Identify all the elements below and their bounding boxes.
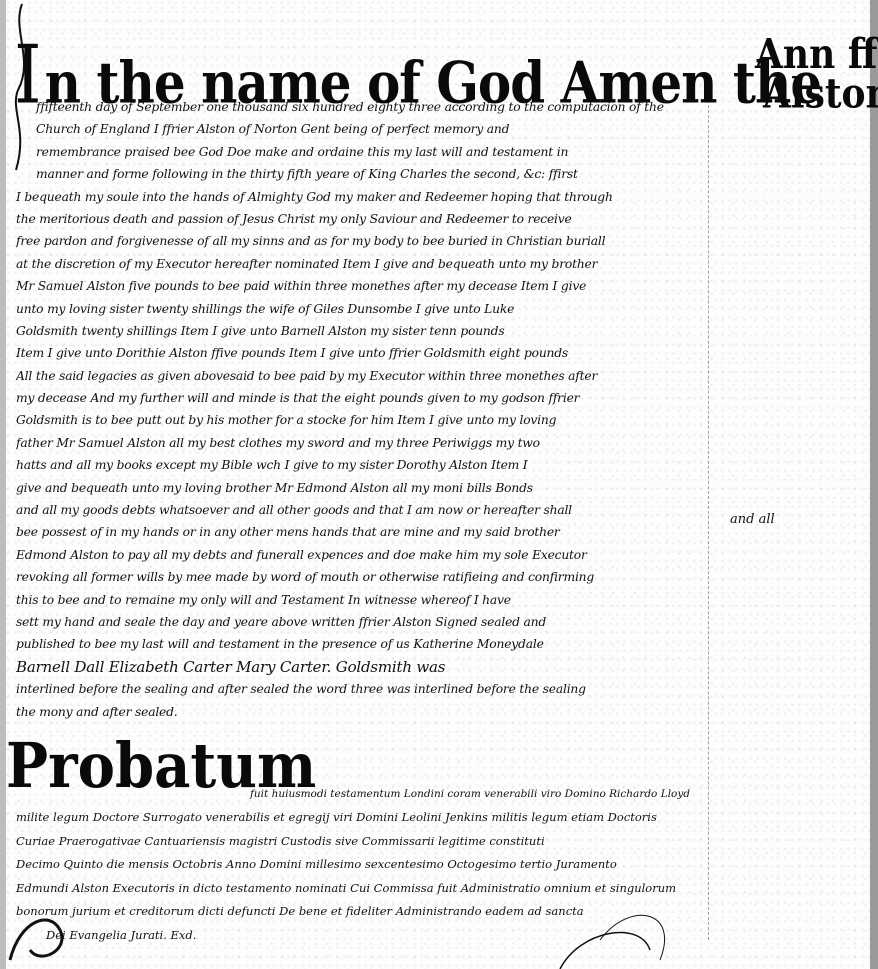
will-line: and all my goods debts whatsoever and al… bbox=[16, 499, 716, 521]
will-line: revoking all former wills by mee made by… bbox=[16, 566, 716, 588]
probate-line: Edmundi Alston Executoris in dicto testa… bbox=[16, 877, 716, 901]
will-line: Mr Samuel Alston five pounds to bee paid… bbox=[16, 275, 716, 297]
will-line: Barnell Dall Elizabeth Carter Mary Carte… bbox=[16, 656, 716, 678]
will-line: All the said legacies as given abovesaid… bbox=[16, 365, 716, 387]
will-line: Church of England I ffrier Alston of Nor… bbox=[16, 118, 716, 140]
will-line: sett my hand and seale the day and yeare… bbox=[16, 611, 716, 633]
will-line: I bequeath my soule into the hands of Al… bbox=[16, 186, 716, 208]
will-text: ffifteenth day of September one thousand… bbox=[16, 96, 716, 723]
will-line: the mony and after sealed. bbox=[16, 701, 716, 723]
bottom-flourish-decoration bbox=[0, 900, 878, 969]
margin-name-line2: Alston bbox=[755, 74, 878, 113]
probate-line: Curiae Praerogativae Cantuariensis magis… bbox=[16, 830, 716, 854]
will-line: this to bee and to remaine my only will … bbox=[16, 589, 716, 611]
will-line: Goldsmith twenty shillings Item I give u… bbox=[16, 320, 716, 342]
will-line: bee possest of in my hands or in any oth… bbox=[16, 521, 716, 543]
margin-note: and all bbox=[730, 512, 775, 527]
will-line: Item I give unto Dorithie Alston ffive p… bbox=[16, 342, 716, 364]
will-line: Goldsmith is to bee putt out by his moth… bbox=[16, 409, 716, 431]
will-line: give and bequeath unto my loving brother… bbox=[16, 477, 716, 499]
will-line: manner and forme following in the thirty… bbox=[16, 163, 716, 185]
probate-line: milite legum Doctore Surrogato venerabil… bbox=[16, 806, 716, 830]
will-line: Edmond Alston to pay all my debts and fu… bbox=[16, 544, 716, 566]
will-line: remembrance praised bee God Doe make and… bbox=[16, 141, 716, 163]
will-line: at the discretion of my Executor hereaft… bbox=[16, 253, 716, 275]
will-line: father Mr Samuel Alston all my best clot… bbox=[16, 432, 716, 454]
will-line: free pardon and forgivenesse of all my s… bbox=[16, 230, 716, 252]
will-line: the meritorious death and passion of Jes… bbox=[16, 208, 716, 230]
probate-first-line: fuit huiusmodi testamentum Londini coram… bbox=[250, 788, 690, 800]
will-line: ffifteenth day of September one thousand… bbox=[16, 96, 716, 118]
will-line: interlined before the sealing and after … bbox=[16, 678, 716, 700]
will-line: my decease And my further will and minde… bbox=[16, 387, 716, 409]
will-line: published to bee my last will and testam… bbox=[16, 633, 716, 655]
probate-line: Decimo Quinto die mensis Octobris Anno D… bbox=[16, 853, 716, 877]
scan-right-edge bbox=[870, 0, 878, 969]
will-line: unto my loving sister twenty shillings t… bbox=[16, 298, 716, 320]
margin-testator-name: Ann ffreerAlston bbox=[755, 35, 878, 114]
will-line: hatts and all my books except my Bible w… bbox=[16, 454, 716, 476]
manuscript-page: In the name of God Amen the Ann ffreerAl… bbox=[0, 0, 878, 969]
margin-name-line1: Ann ffreer bbox=[755, 35, 878, 74]
